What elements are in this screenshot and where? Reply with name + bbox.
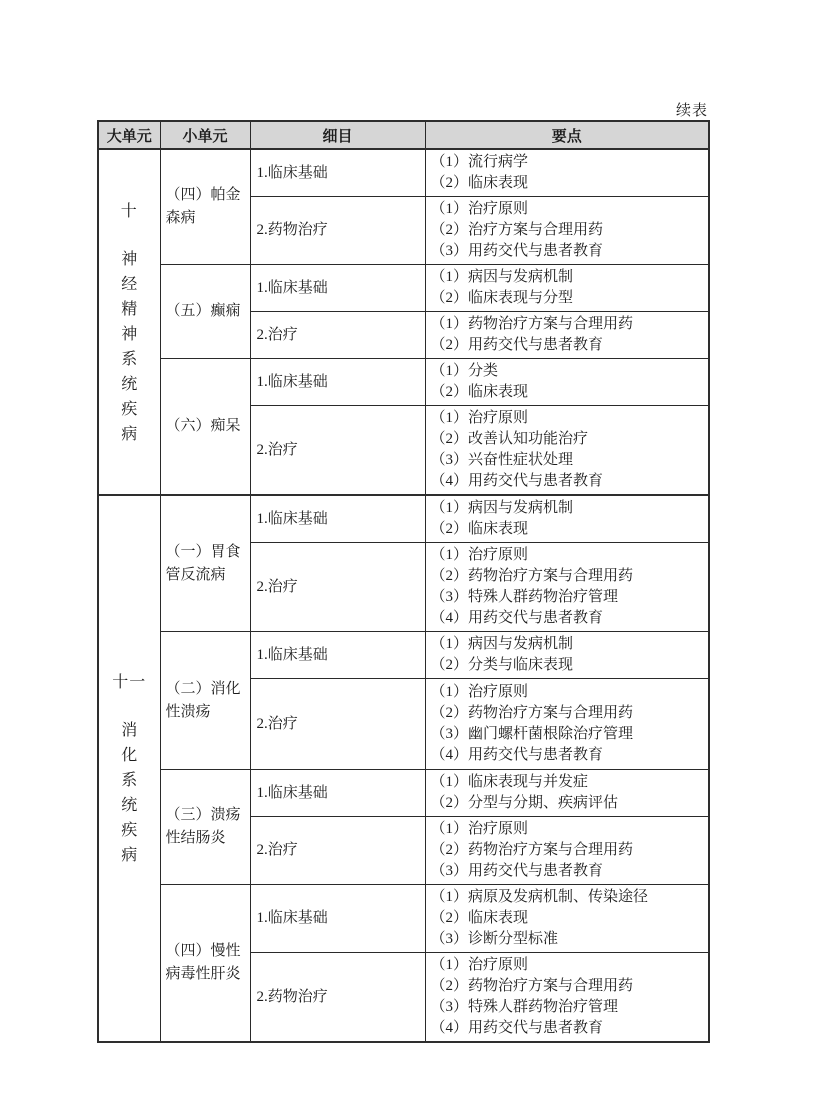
detail-cell: 2.药物治疗 [250, 953, 425, 1043]
unit-name-char: 经 [121, 272, 137, 297]
point-line: （3）特殊人群药物治疗管理 [431, 997, 705, 1018]
unit-name-char: 统 [121, 372, 137, 397]
point-line: （1）治疗原则 [431, 545, 705, 566]
point-line: （2）分型与分期、疾病评估 [431, 793, 705, 814]
point-line: （4）用药交代与患者教育 [431, 471, 705, 492]
point-line: （1）临床表现与并发症 [431, 772, 705, 793]
points-cell: （1）治疗原则 （2）药物治疗方案与合理用药 （3）用药交代与患者教育 [425, 817, 709, 885]
table-row: （六）痴呆 1.临床基础 （1）分类 （2）临床表现 [98, 359, 709, 406]
point-line: （2）临床表现 [431, 519, 705, 540]
points-cell: （1）流行病学 （2）临床表现 [425, 149, 709, 197]
point-line: （2）临床表现与分型 [431, 288, 705, 309]
point-line: （2）药物治疗方案与合理用药 [431, 840, 705, 861]
point-line: （2）药物治疗方案与合理用药 [431, 976, 705, 997]
subunit-cell: （三）溃疡性结肠炎 [160, 770, 250, 885]
subunit-cell: （四）帕金森病 [160, 149, 250, 265]
detail-cell: 2.治疗 [250, 543, 425, 632]
table-header-row: 大单元 小单元 细目 要点 [98, 121, 709, 149]
document-page: 续表 大单元 小单元 细目 要点 十 神 经 精 [0, 0, 816, 1100]
point-line: （2）治疗方案与合理用药 [431, 220, 705, 241]
unit-cell-10: 十 神 经 精 神 系 统 疾 病 [98, 149, 160, 495]
points-cell: （1）治疗原则 （2）药物治疗方案与合理用药 （3）幽门螺杆菌根除治疗管理 （4… [425, 679, 709, 770]
point-line: （3）特殊人群药物治疗管理 [431, 587, 705, 608]
unit-number: 十 [101, 198, 158, 221]
point-line: （4）用药交代与患者教育 [431, 608, 705, 629]
syllabus-table: 大单元 小单元 细目 要点 十 神 经 精 神 系 统 疾 [97, 120, 710, 1043]
unit-name-char: 神 [121, 322, 137, 347]
points-cell: （1）病因与发病机制 （2）分类与临床表现 [425, 632, 709, 679]
subunit-cell: （一）胃食管反流病 [160, 495, 250, 632]
point-line: （1）药物治疗方案与合理用药 [431, 314, 705, 335]
table-row: （三）溃疡性结肠炎 1.临床基础 （1）临床表现与并发症 （2）分型与分期、疾病… [98, 770, 709, 817]
unit-cell-11: 十一 消 化 系 统 疾 病 [98, 495, 160, 1042]
point-line: （2）分类与临床表现 [431, 655, 705, 676]
continued-table-label: 续表 [97, 99, 708, 120]
detail-cell: 2.药物治疗 [250, 197, 425, 265]
unit-name-vertical: 消 化 系 统 疾 病 [101, 718, 158, 868]
point-line: （2）用药交代与患者教育 [431, 335, 705, 356]
point-line: （3）幽门螺杆菌根除治疗管理 [431, 724, 705, 745]
point-line: （4）用药交代与患者教育 [431, 745, 705, 766]
header-cell-detail: 细目 [250, 121, 425, 149]
detail-cell: 2.治疗 [250, 679, 425, 770]
detail-cell: 1.临床基础 [250, 149, 425, 197]
unit-name-char: 病 [121, 422, 137, 447]
table-row: 十一 消 化 系 统 疾 病 （一）胃食管反流病 1.临床基础 （1）病因与发病… [98, 495, 709, 543]
table-row: 十 神 经 精 神 系 统 疾 病 （四）帕金森病 1.临床基础 （1）流行 [98, 149, 709, 197]
subunit-cell: （六）痴呆 [160, 359, 250, 496]
points-cell: （1）病因与发病机制 （2）临床表现 [425, 495, 709, 543]
points-cell: （1）药物治疗方案与合理用药 （2）用药交代与患者教育 [425, 312, 709, 359]
unit-name-char: 消 [121, 718, 137, 743]
point-line: （1）治疗原则 [431, 408, 705, 429]
header-cell-points: 要点 [425, 121, 709, 149]
point-line: （3）诊断分型标准 [431, 929, 705, 950]
unit-name-char: 病 [121, 843, 137, 868]
unit-name-vertical: 神 经 精 神 系 统 疾 病 [101, 247, 158, 447]
unit-name-char: 神 [121, 247, 137, 272]
point-line: （3）用药交代与患者教育 [431, 861, 705, 882]
detail-cell: 2.治疗 [250, 406, 425, 496]
detail-cell: 1.临床基础 [250, 770, 425, 817]
point-line: （2）临床表现 [431, 382, 705, 403]
subunit-cell: （五）癫痫 [160, 265, 250, 359]
detail-cell: 1.临床基础 [250, 265, 425, 312]
point-line: （1）病原及发病机制、传染途径 [431, 887, 705, 908]
subunit-cell: （二）消化性溃疡 [160, 632, 250, 770]
subunit-cell: （四）慢性病毒性肝炎 [160, 885, 250, 1043]
unit-name-char: 统 [121, 793, 137, 818]
point-line: （2）药物治疗方案与合理用药 [431, 703, 705, 724]
unit-name-char: 系 [121, 768, 137, 793]
point-line: （1）流行病学 [431, 152, 705, 173]
point-line: （1）治疗原则 [431, 199, 705, 220]
point-line: （3）用药交代与患者教育 [431, 241, 705, 262]
point-line: （1）治疗原则 [431, 819, 705, 840]
points-cell: （1）治疗原则 （2）药物治疗方案与合理用药 （3）特殊人群药物治疗管理 （4）… [425, 543, 709, 632]
table-row: （四）慢性病毒性肝炎 1.临床基础 （1）病原及发病机制、传染途径 （2）临床表… [98, 885, 709, 953]
point-line: （2）药物治疗方案与合理用药 [431, 566, 705, 587]
unit-name-char: 精 [121, 297, 137, 322]
detail-cell: 1.临床基础 [250, 632, 425, 679]
points-cell: （1）治疗原则 （2）药物治疗方案与合理用药 （3）特殊人群药物治疗管理 （4）… [425, 953, 709, 1043]
points-cell: （1）病原及发病机制、传染途径 （2）临床表现 （3）诊断分型标准 [425, 885, 709, 953]
unit-name-char: 系 [121, 347, 137, 372]
header-cell-minor-unit: 小单元 [160, 121, 250, 149]
points-cell: （1）分类 （2）临床表现 [425, 359, 709, 406]
point-line: （3）兴奋性症状处理 [431, 450, 705, 471]
point-line: （4）用药交代与患者教育 [431, 1018, 705, 1039]
unit-name-char: 疾 [121, 818, 137, 843]
point-line: （1）病因与发病机制 [431, 267, 705, 288]
detail-cell: 2.治疗 [250, 817, 425, 885]
point-line: （1）分类 [431, 361, 705, 382]
table-row: （五）癫痫 1.临床基础 （1）病因与发病机制 （2）临床表现与分型 [98, 265, 709, 312]
detail-cell: 2.治疗 [250, 312, 425, 359]
points-cell: （1）治疗原则 （2）改善认知功能治疗 （3）兴奋性症状处理 （4）用药交代与患… [425, 406, 709, 496]
detail-cell: 1.临床基础 [250, 359, 425, 406]
header-cell-major-unit: 大单元 [98, 121, 160, 149]
table-row: （二）消化性溃疡 1.临床基础 （1）病因与发病机制 （2）分类与临床表现 [98, 632, 709, 679]
unit-name-char: 疾 [121, 397, 137, 422]
point-line: （2）改善认知功能治疗 [431, 429, 705, 450]
point-line: （1）病因与发病机制 [431, 498, 705, 519]
point-line: （1）治疗原则 [431, 682, 705, 703]
point-line: （1）治疗原则 [431, 955, 705, 976]
point-line: （2）临床表现 [431, 908, 705, 929]
points-cell: （1）病因与发病机制 （2）临床表现与分型 [425, 265, 709, 312]
point-line: （2）临床表现 [431, 173, 705, 194]
unit-name-char: 化 [121, 743, 137, 768]
detail-cell: 1.临床基础 [250, 495, 425, 543]
points-cell: （1）治疗原则 （2）治疗方案与合理用药 （3）用药交代与患者教育 [425, 197, 709, 265]
points-cell: （1）临床表现与并发症 （2）分型与分期、疾病评估 [425, 770, 709, 817]
detail-cell: 1.临床基础 [250, 885, 425, 953]
unit-number: 十一 [101, 669, 158, 692]
point-line: （1）病因与发病机制 [431, 634, 705, 655]
